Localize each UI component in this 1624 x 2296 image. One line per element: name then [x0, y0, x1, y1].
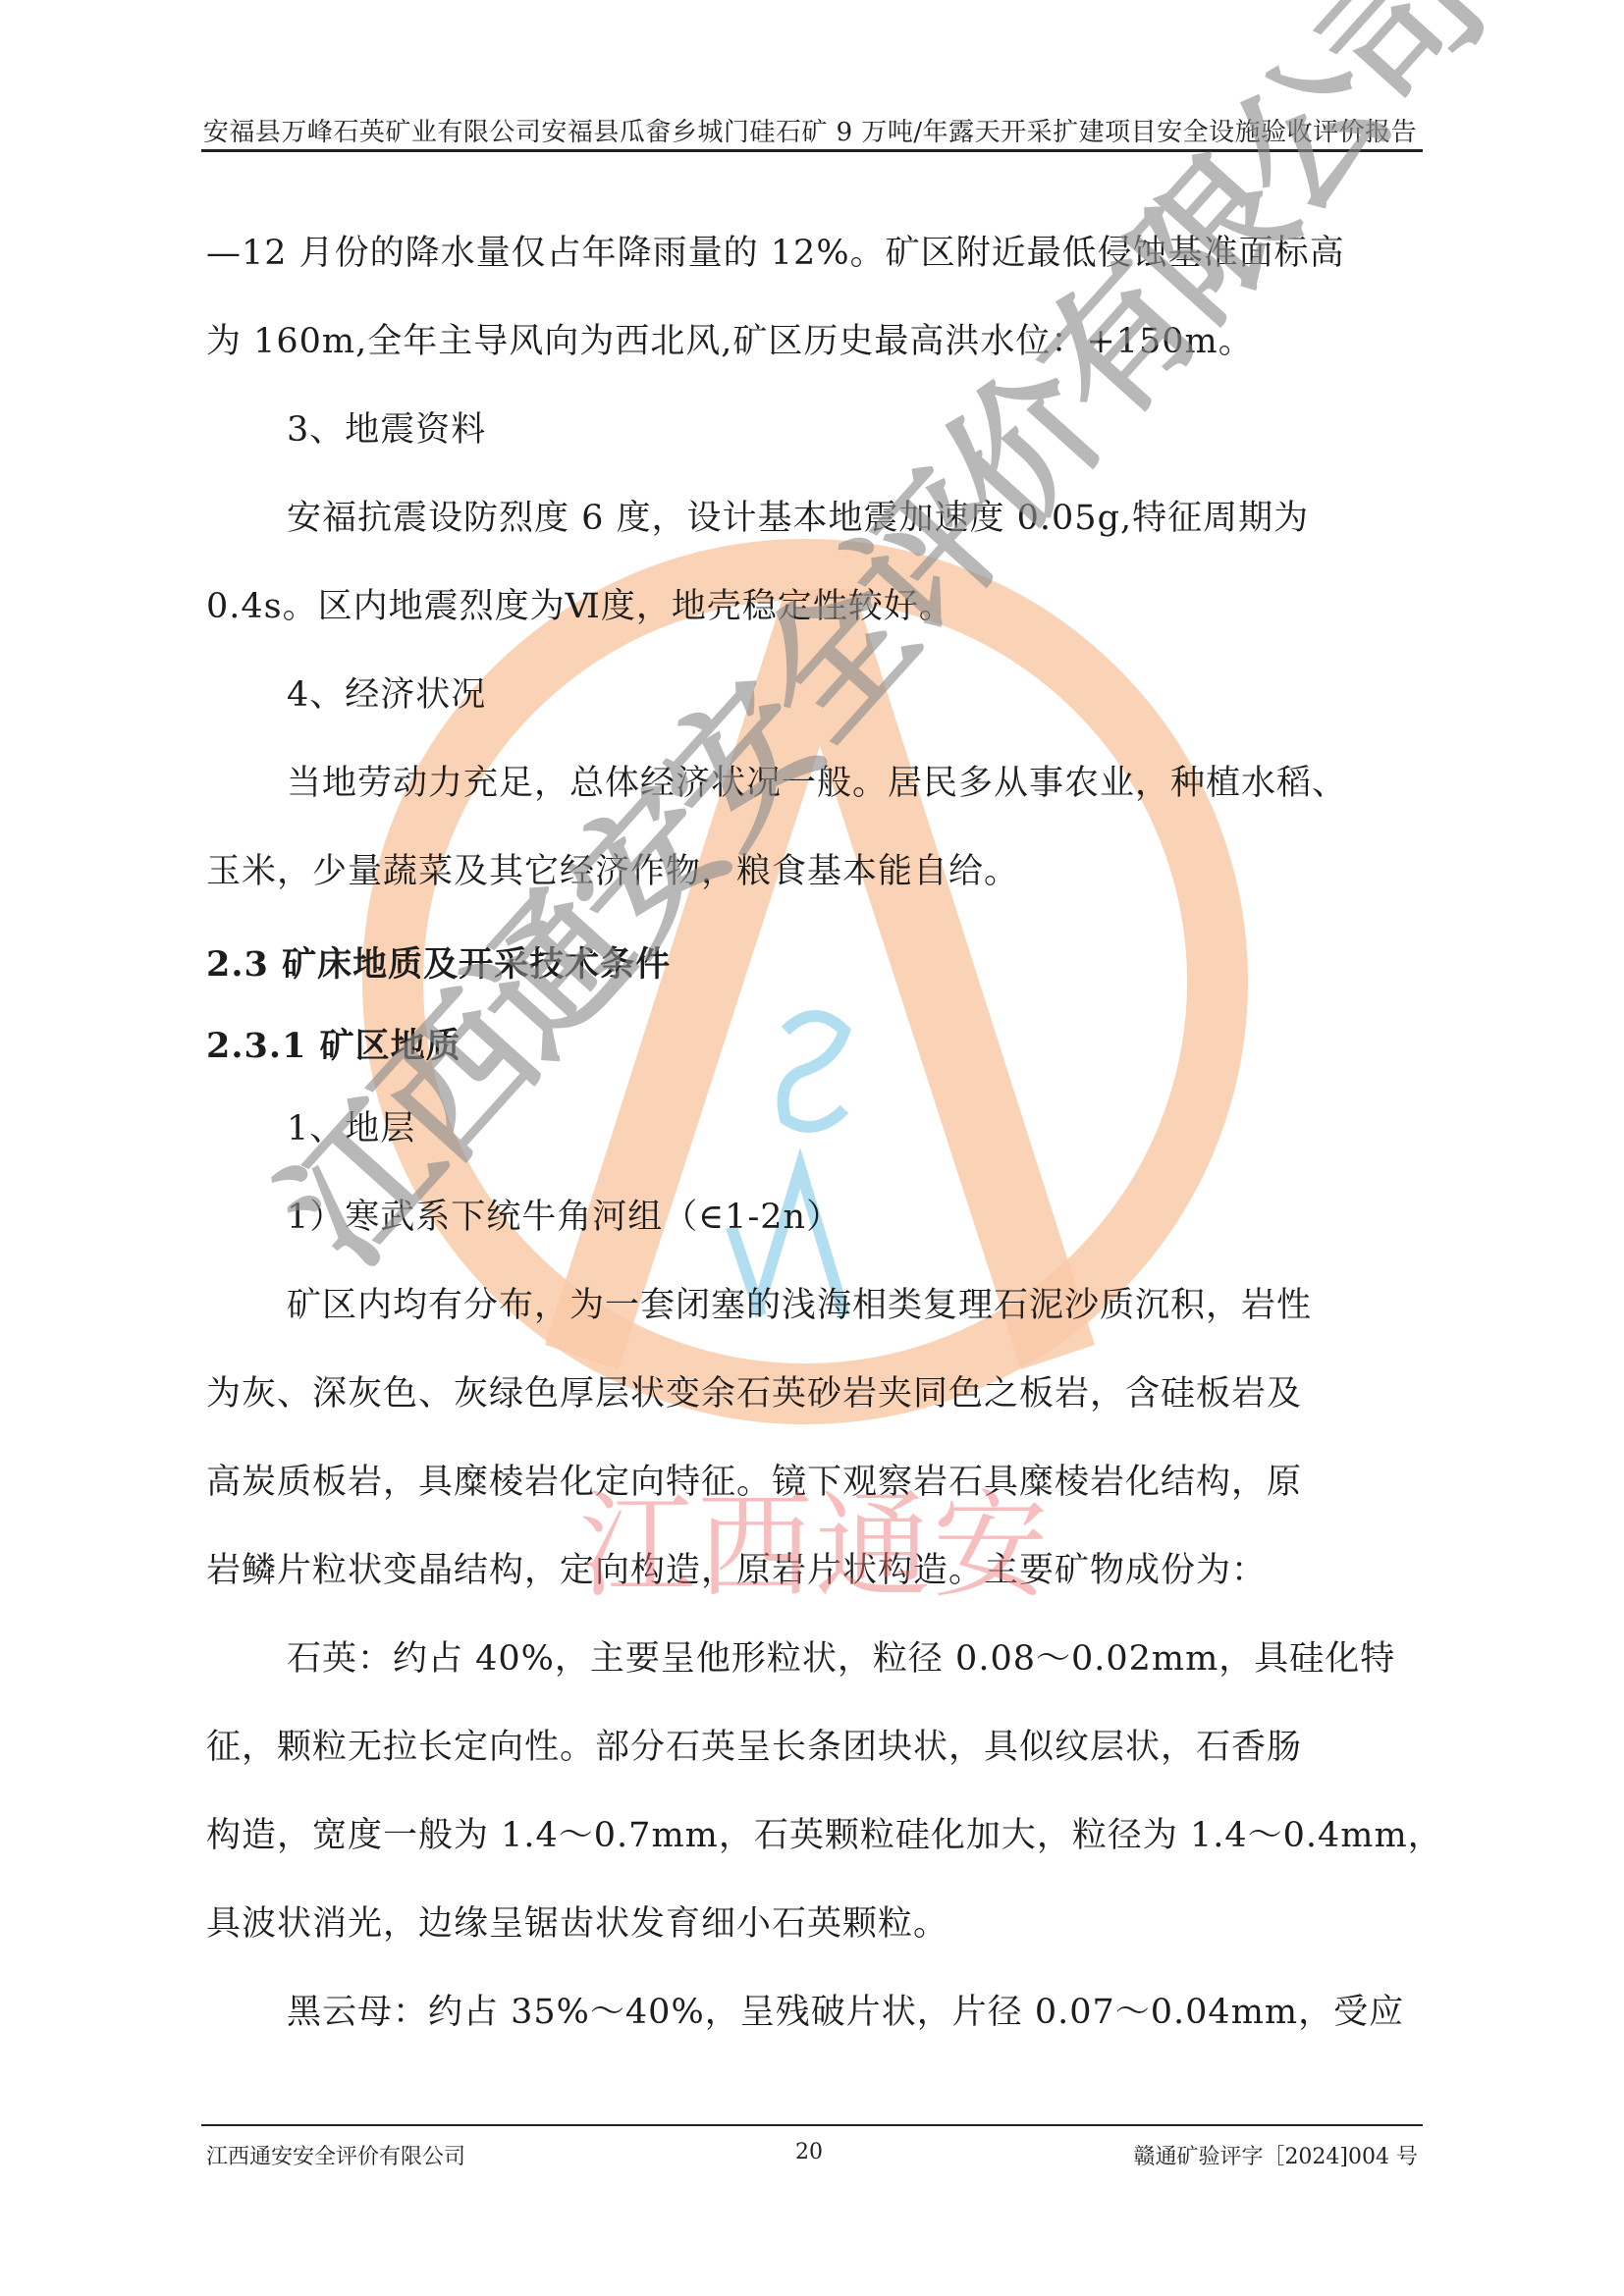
footer-doc-number: 赣通矿验评字［2024]004 号 [1133, 2140, 1418, 2170]
paragraph-line: 岩鳞片粒状变晶结构，定向构造，原岩片状构造。主要矿物成份为： [206, 1543, 1267, 1592]
paragraph-line: 当地劳动力充足，总体经济状况一般。居民多从事农业，种植水稻、 [287, 756, 1347, 805]
paragraph-line: 高炭质板岩，具糜棱岩化定向特征。镜下观察岩石具糜棱岩化结构，原 [206, 1455, 1302, 1504]
paragraph-line: 石英：约占 40%，主要呈他形粒状，粒径 0.08～0.02mm，具硅化特 [287, 1631, 1395, 1681]
paragraph-line: —12 月份的降水量仅占年降雨量的 12%。矿区附近最低侵蚀基准面标高 [206, 226, 1345, 275]
paragraph-line: 为灰、深灰色、灰绿色厚层状变余石英砂岩夹同色之板岩，含硅板岩及 [206, 1366, 1302, 1415]
body-text: —12 月份的降水量仅占年降雨量的 12%。矿区附近最低侵蚀基准面标高 为 16… [206, 0, 1414, 2296]
subsection-title-seismic: 3、地震资料 [287, 402, 486, 452]
subsection-title-formation: 1）寒武系下统牛角河组（∈1-2n） [287, 1190, 841, 1239]
subsection-title-economy: 4、经济状况 [287, 667, 486, 717]
section-heading-2-3: 2.3 矿床地质及开采技术条件 [206, 937, 671, 987]
section-heading-2-3-1: 2.3.1 矿区地质 [206, 1019, 461, 1068]
paragraph-line: 构造，宽度一般为 1.4～0.7mm，石英颗粒硅化加大，粒径为 1.4～0.4m… [206, 1808, 1443, 1857]
subsection-title-strata: 1、地层 [287, 1101, 415, 1150]
paragraph-line: 0.4s。区内地震烈度为Ⅵ度，地壳稳定性较好。 [206, 579, 954, 628]
paragraph-line: 为 160m,全年主导风向为西北风,矿区历史最高洪水位：+150m。 [206, 314, 1254, 363]
paragraph-line: 安福抗震设防烈度 6 度，设计基本地震加速度 0.05g,特征周期为 [287, 491, 1309, 540]
footer-company: 江西通安安全评价有限公司 [206, 2140, 465, 2170]
paragraph-line: 玉米，少量蔬菜及其它经济作物，粮食基本能自给。 [206, 844, 1019, 893]
page-number: 20 [795, 2140, 823, 2164]
content-layer: 安福县万峰石英矿业有限公司安福县瓜畲乡城门硅石矿 9 万吨/年露天开采扩建项目安… [0, 0, 1624, 2296]
paragraph-line: 具波状消光，边缘呈锯齿状发育细小石英颗粒。 [206, 1896, 948, 1946]
footer-divider [201, 2124, 1423, 2126]
document-page: 安福县万峰石英矿业有限公司安福县瓜畲乡城门硅石矿 9 万吨/年露天开采扩建项目安… [0, 0, 1624, 2296]
paragraph-line: 矿区内均有分布，为一套闭塞的浅海相类复理石泥沙质沉积，岩性 [287, 1278, 1312, 1327]
paragraph-line: 征，颗粒无拉长定向性。部分石英呈长条团块状，具似纹层状，石香肠 [206, 1720, 1302, 1769]
paragraph-line: 黑云母：约占 35%～40%，呈残破片状，片径 0.07～0.04mm，受应 [287, 1985, 1404, 2034]
